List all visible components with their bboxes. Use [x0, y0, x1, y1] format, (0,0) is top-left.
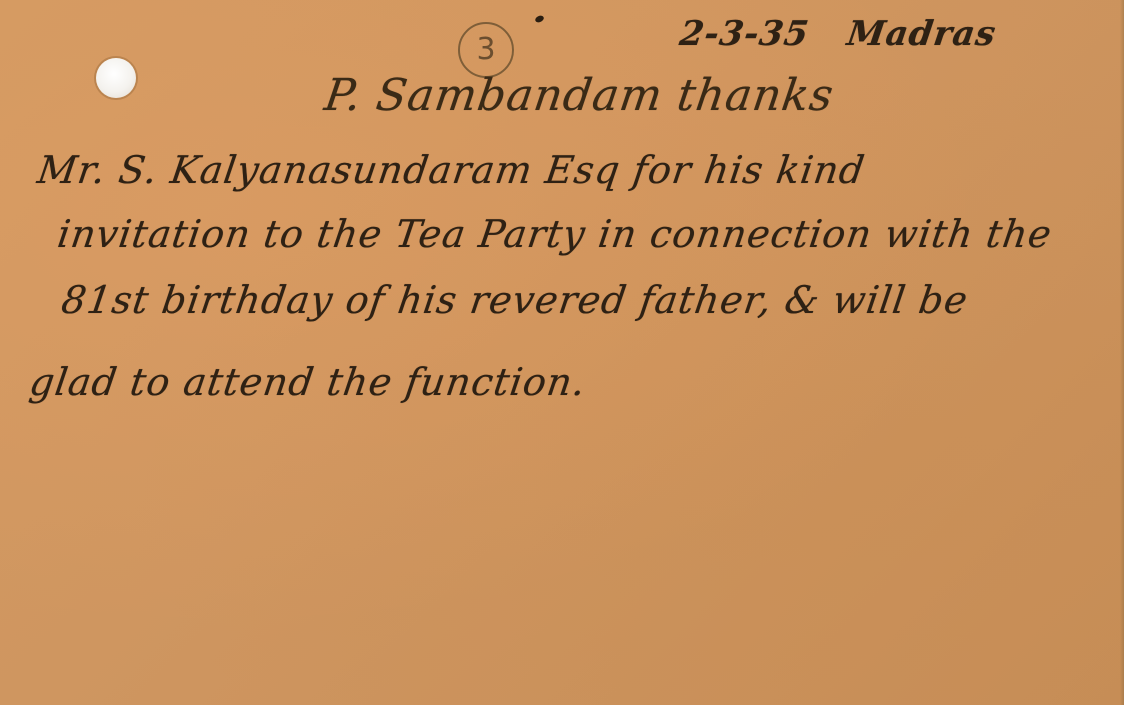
sender-line: P. Sambandam thanks [321, 70, 837, 121]
date-place-line: 2-3-35 Madras [677, 14, 999, 54]
place: Madras [845, 14, 999, 54]
body-line-4: glad to attend the function. [27, 360, 589, 404]
body-line-3: 81st birthday of his revered father, & w… [59, 278, 971, 322]
postcard: 3 2-3-35 Madras P. Sambandam thanks Mr. … [0, 0, 1124, 705]
ink-blot [534, 14, 545, 23]
date: 2-3-35 [677, 14, 811, 54]
body-line-2: invitation to the Tea Party in connectio… [55, 212, 1055, 256]
body-line-1: Mr. S. Kalyanasundaram Esq for his kind [35, 148, 868, 192]
punch-hole [96, 58, 136, 98]
